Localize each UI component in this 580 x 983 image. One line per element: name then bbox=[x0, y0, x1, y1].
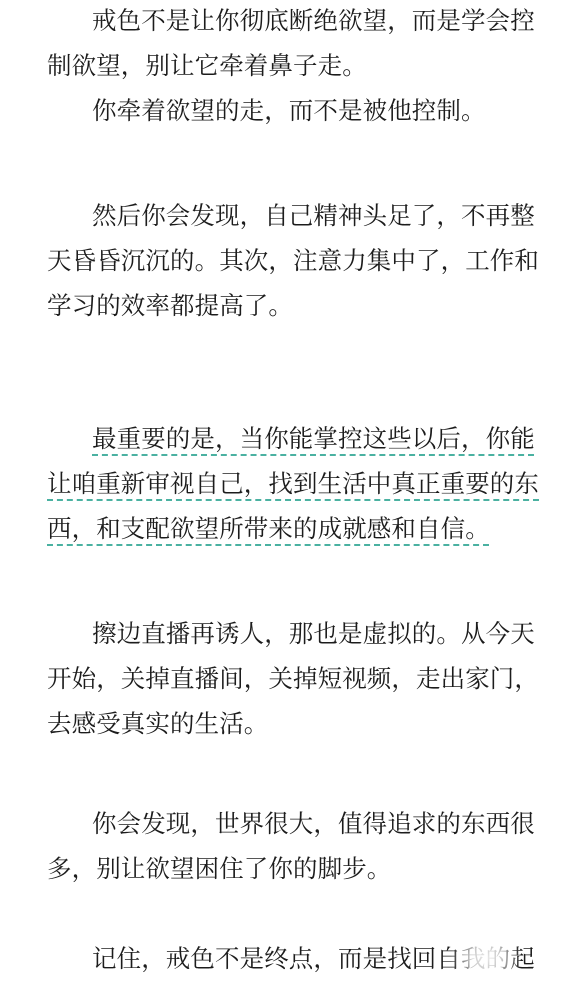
article-body: 戒色不是让你彻底断绝欲望，而是学会控制欲望，别让它牵着鼻子走。你牵着欲望的走，而… bbox=[0, 0, 541, 981]
paragraph: 戒色不是让你彻底断绝欲望，而是学会控制欲望，别让它牵着鼻子走。 bbox=[47, 0, 541, 88]
paragraph: 记住，戒色不是终点，而是找回自我的起 bbox=[47, 936, 541, 981]
paragraph: 你会发现，世界很大，值得追求的东西很多，别让欲望困住了你的脚步。 bbox=[47, 801, 541, 891]
paragraph: 擦边直播再诱人，那也是虚拟的。从今天开始，关掉直播间，关掉短视频，走出家门，去感… bbox=[47, 611, 541, 746]
paragraph: 然后你会发现，自己精神头足了，不再整天昏昏沉沉的。其次，注意力集中了，工作和学习… bbox=[47, 193, 541, 328]
paragraph: 你牵着欲望的走，而不是被他控制。 bbox=[47, 88, 541, 133]
paragraph: 最重要的是，当你能掌控这些以后，你能让咱重新审视自己，找到生活中真正重要的东西，… bbox=[47, 416, 541, 551]
